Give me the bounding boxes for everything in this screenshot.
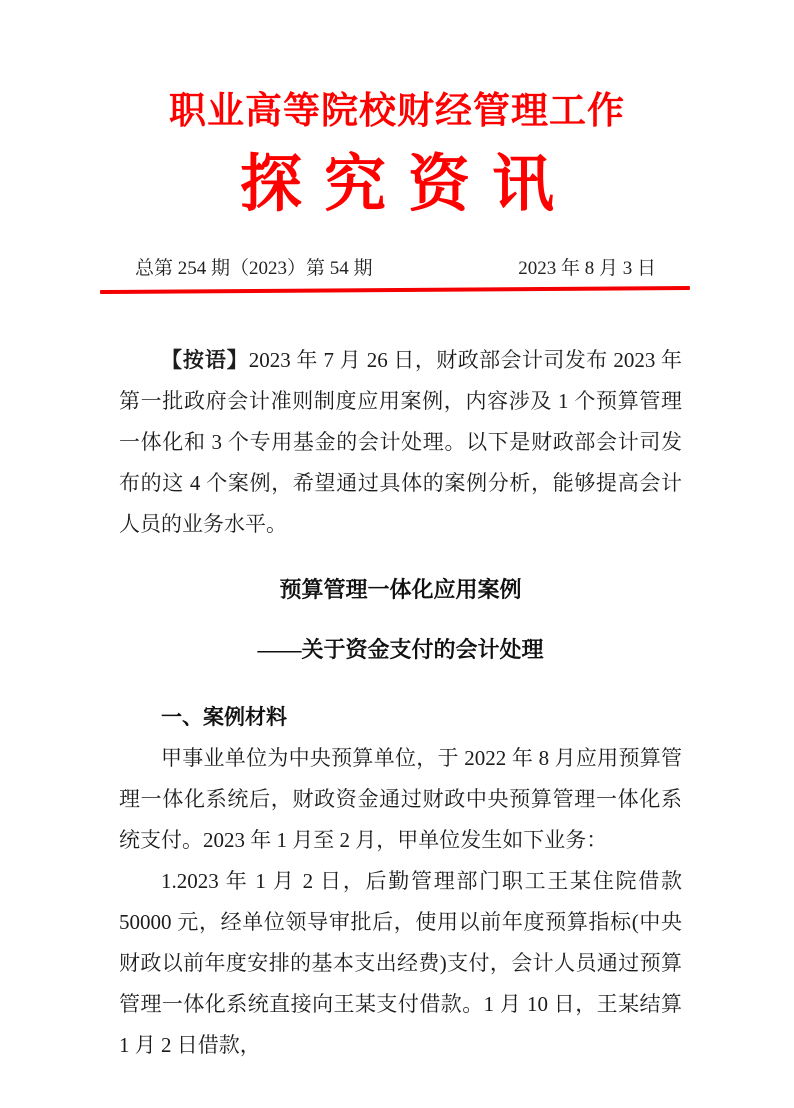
editor-note-text: 2023 年 7 月 26 日，财政部会计司发布 2023 年第一批政府会计准则… [119,348,682,536]
paragraph-transaction-1: 1.2023 年 1 月 2 日，后勤管理部门职工王某住院借款 50000 元，… [119,861,682,1066]
editor-note-label: 【按语】 [161,349,249,372]
masthead-title: 探究资讯 [0,148,794,219]
issue-date: 2023 年 8 月 3 日 [518,256,656,282]
article-title: 预算管理一体化应用案例 [119,569,682,610]
document-page: 职业高等院校财经管理工作 探究资讯 总第 254 期（2023）第 54 期 2… [0,0,794,1108]
paragraph-case-intro: 甲事业单位为中央预算单位，于 2022 年 8 月应用预算管理一体化系统后，财政… [119,738,682,861]
masthead: 职业高等院校财经管理工作 探究资讯 总第 254 期（2023）第 54 期 2… [0,90,794,292]
masthead-rule-divider [100,286,690,294]
article-subtitle: ——关于资金支付的会计处理 [119,629,682,670]
masthead-supertitle: 职业高等院校财经管理工作 [0,90,794,134]
issue-bar: 总第 254 期（2023）第 54 期 2023 年 8 月 3 日 [100,256,690,282]
issue-number: 总第 254 期（2023）第 54 期 [135,256,373,282]
editor-note: 【按语】2023 年 7 月 26 日，财政部会计司发布 2023 年第一批政府… [119,340,682,545]
section-heading-case-materials: 一、案例材料 [119,697,682,738]
article-body: 【按语】2023 年 7 月 26 日，财政部会计司发布 2023 年第一批政府… [119,340,682,1066]
